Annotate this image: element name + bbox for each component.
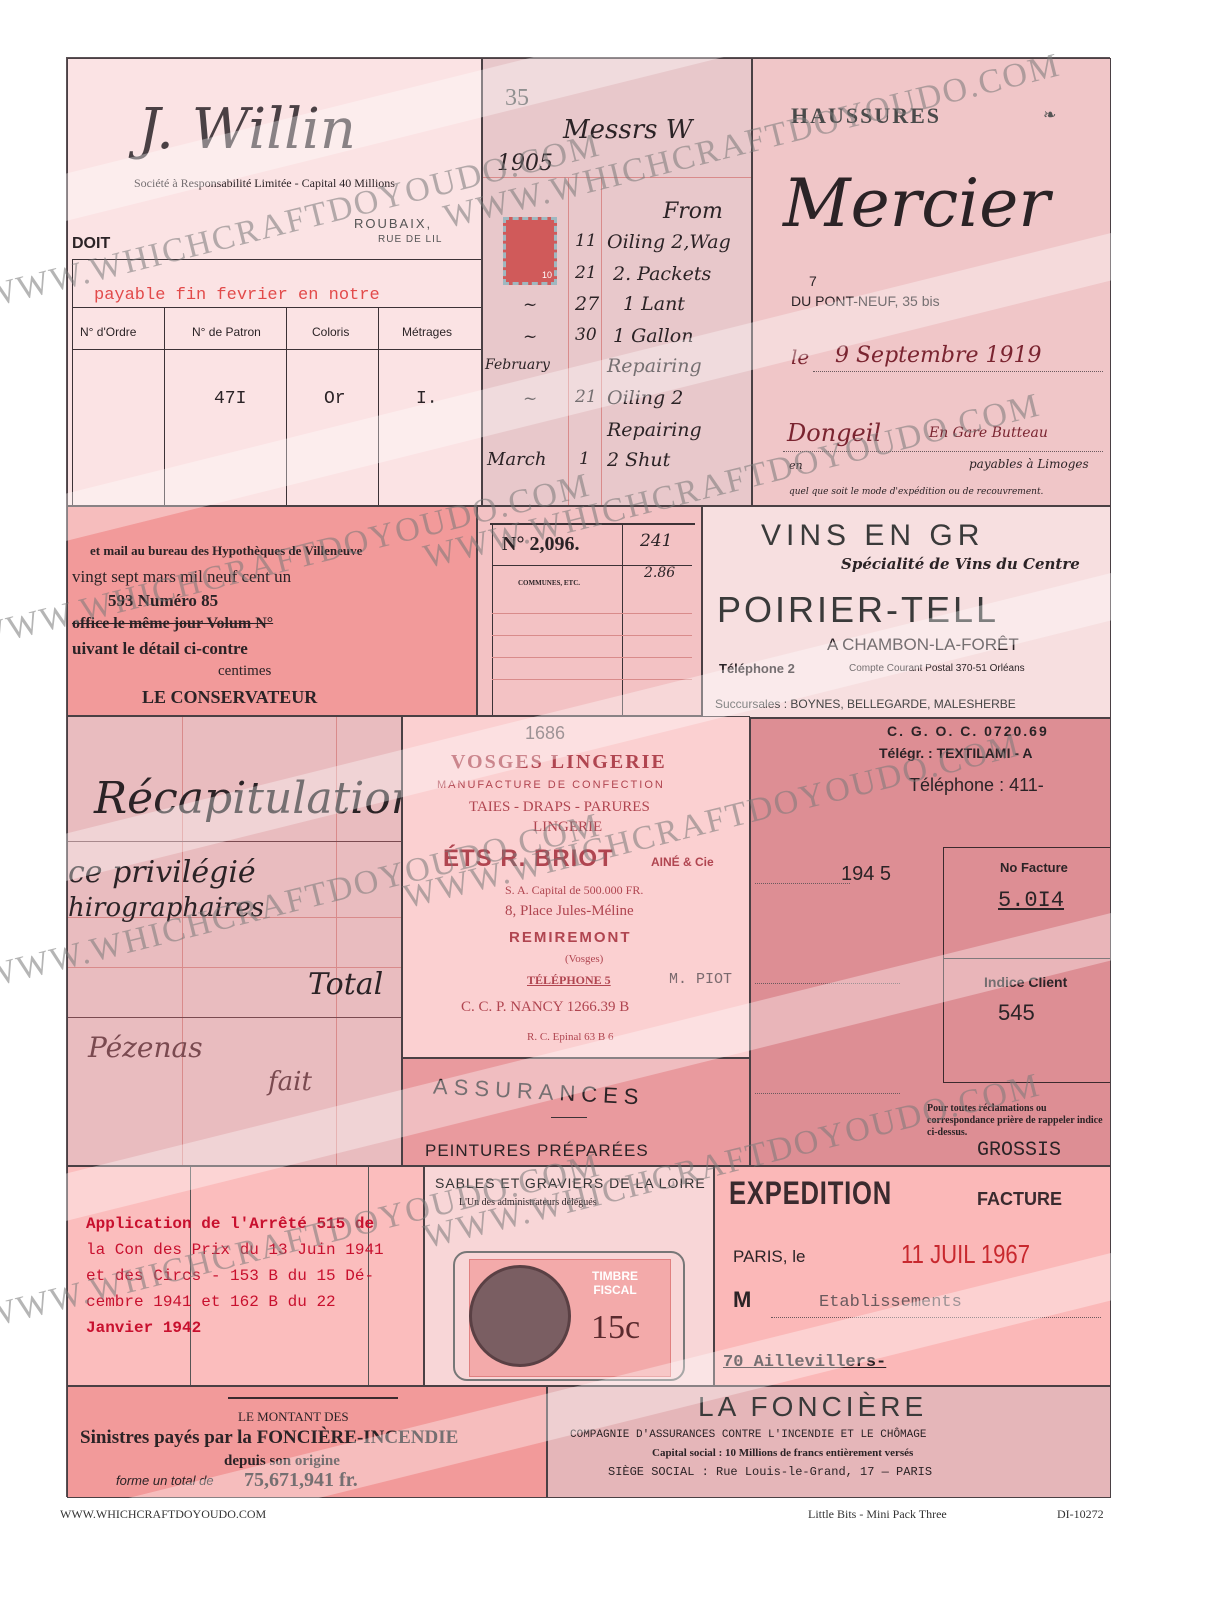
textilami-note: Pour toutes réclamations ou correspondan… — [927, 1103, 1107, 1139]
collage-sheet: J. Willin Société à Responsabilité Limit… — [66, 57, 1110, 1497]
panel-receipt-2096: N° 2,096. 241 2.86 COMMUNES, ETC. — [477, 506, 702, 716]
sinistres-line-1: LE MONTANT DES — [238, 1409, 349, 1425]
fiscal-stamp: TIMBRE FISCAL 15c — [453, 1251, 685, 1381]
mercier-footer-note: quel que soit le mode d'expédition ou de… — [789, 487, 1043, 497]
mercier-logo: Mercier — [783, 165, 1050, 242]
panel-textilami: C. G. O. C. 0720.69 Télégr. : TEXTILAMI … — [750, 718, 1111, 1166]
poirier-name: POIRIER-TELL — [717, 589, 999, 631]
expedition-address: 70 Aillevillers- — [723, 1353, 886, 1372]
vosges-number: 1686 — [525, 723, 565, 744]
vosges-ccp: C. C. P. NANCY 1266.39 B — [461, 999, 629, 1016]
sables-subtitle: L'Un des administrateurs délégués — [459, 1197, 597, 1208]
expedition-date: 11 JUIL 1967 — [901, 1239, 1030, 1270]
vosges-products-2: LINGERIE — [533, 819, 602, 836]
sinistres-line-3: depuis son origine — [224, 1453, 340, 1470]
postage-stamp: 10 — [503, 217, 557, 285]
footer-code: DI-10272 — [1057, 1507, 1104, 1522]
conservateur-line-6: centimes — [218, 663, 271, 680]
leaf-ornament-icon: ❧ — [1043, 105, 1056, 125]
vosges-capital: S. A. Capital de 500.000 FR. — [505, 883, 643, 898]
vosges-title: VOSGES LINGERIE — [451, 751, 667, 774]
recap-title: Récapitulation — [94, 773, 402, 824]
vosges-address: 8, Place Jules-Méline — [505, 903, 634, 920]
willin-street: RUE DE LIL — [378, 234, 442, 245]
sables-title: SABLES ET GRAVIERS DE LA LOIRE — [435, 1175, 706, 1191]
arrete-line-4: cembre 1941 et 162 B du 22 — [86, 1293, 336, 1311]
panel-la-fonciere: LA FONCIÈRE COMPAGNIE D'ASSURANCES CONTR… — [547, 1386, 1111, 1498]
mercier-street-number: 7 — [809, 273, 817, 289]
willin-col-metrages: Métrages — [402, 325, 452, 339]
fonciere-subtitle: COMPAGNIE D'ASSURANCES CONTRE L'INCENDIE… — [570, 1429, 926, 1441]
recap-total: Total — [308, 967, 383, 1002]
recap-line-1: ce privilégié — [68, 855, 256, 890]
panel-poirier-tell: VINS EN GR Spécialité de Vins du Centre … — [702, 506, 1111, 718]
conservateur-line-2: vingt sept mars mil neuf cent un — [72, 567, 291, 587]
panel-sinistres: LE MONTANT DES Sinistres payés par la FO… — [67, 1386, 547, 1498]
willin-tagline: Société à Responsabilité Limitée - Capit… — [134, 176, 395, 191]
vosges-company-suffix: AINÉ & Cie — [651, 855, 714, 869]
willin-cell-coloris: Or — [324, 389, 346, 409]
sinistres-amount: 75,671,941 fr. — [244, 1469, 358, 1492]
conservateur-line-4: office le même jour Volum N° — [72, 615, 273, 633]
textilami-cgoc: C. G. O. C. 0720.69 — [887, 723, 1049, 739]
conservateur-line-1: et mail au bureau des Hypothèques de Vil… — [90, 543, 362, 559]
vosges-subtitle: MANUFACTURE DE CONFECTION — [437, 779, 665, 791]
expedition-m-label: M — [733, 1287, 751, 1313]
willin-cell-patron: 47I — [214, 389, 246, 409]
ledger-year: 1905 — [497, 151, 553, 176]
expedition-facture: FACTURE — [977, 1189, 1062, 1210]
poirier-location: A CHAMBON-LA-FORÊT — [827, 635, 1019, 655]
sinistres-line-4-prefix: forme un total de — [116, 1473, 214, 1488]
vosges-company: ÉTS R. BRIOT — [443, 845, 614, 873]
mercier-recipient-note: En Gare Butteau — [929, 425, 1048, 441]
vosges-rc: R. C. Epinal 63 B 6 — [527, 1031, 613, 1043]
textilami-grossiste: GROSSIS — [977, 1139, 1061, 1162]
panel-expedition: EXPEDITION FACTURE PARIS, le 11 JUIL 196… — [714, 1166, 1111, 1386]
expedition-recipient: Etablissements — [819, 1293, 962, 1312]
assurances-subtitle: PEINTURES PRÉPARÉES — [425, 1141, 649, 1161]
mercier-date-prefix: le — [791, 345, 809, 369]
fiscal-stamp-title: TIMBRE FISCAL — [575, 1269, 655, 1297]
panel-assurances: ASSURANCES PEINTURES PRÉPARÉES — [402, 1058, 750, 1166]
panel-conservateur: et mail au bureau des Hypothèques de Vil… — [67, 506, 477, 716]
textilami-year: 194 5 — [841, 863, 891, 886]
willin-city: ROUBAIX, — [354, 216, 432, 231]
textilami-facture-box: No Facture 5.0I4 Indice Client 545 — [943, 847, 1111, 1083]
panel-recapitulation: Récapitulation ce privilégié hirographai… — [67, 716, 402, 1166]
panel-vosges-lingerie: 1686 VOSGES LINGERIE MANUFACTURE DE CONF… — [402, 716, 750, 1058]
expedition-city: PARIS, le — [733, 1247, 805, 1267]
vosges-products: TAIES - DRAPS - PARURES — [469, 799, 650, 816]
ledger-messrs: Messrs W — [563, 115, 692, 145]
willin-cell-metrages: I. — [416, 389, 438, 409]
panel-mercier: HAUSSURES ❧ Mercier 7 DU PONT-NEUF, 35 b… — [752, 58, 1111, 506]
mercier-recipient: Dongeil — [787, 419, 881, 447]
stamp-value: 10 — [542, 270, 552, 280]
receipt-col2-top: 241 — [640, 531, 672, 551]
fiscal-stamp-value: 15c — [591, 1309, 640, 1347]
textilami-telegr: Télégr. : TEXTILAMI - A — [879, 745, 1033, 761]
willin-col-coloris: Coloris — [312, 325, 349, 339]
panel-willin-invoice: J. Willin Société à Responsabilité Limit… — [67, 58, 482, 506]
vosges-typed-name: M. PIOT — [669, 971, 732, 988]
expedition-title: EXPEDITION — [729, 1175, 892, 1212]
conservateur-signature: LE CONSERVATEUR — [142, 687, 317, 708]
conservateur-line-3: 593 Numéro 85 — [108, 591, 218, 611]
arrete-line-1: Application de l'Arrêté 515 de — [86, 1215, 374, 1233]
willin-col-ordre: N° d'Ordre — [80, 325, 136, 339]
assurances-title: ASSURANCES — [432, 1073, 645, 1110]
footer-collection: Little Bits - Mini Pack Three — [808, 1507, 947, 1522]
textilami-facture-no: 5.0I4 — [998, 888, 1064, 913]
poirier-branches: Succursales : BOYNES, BELLEGARDE, MALESH… — [715, 697, 1016, 711]
poirier-phone: Téléphone 2 — [719, 661, 795, 676]
mercier-date: 9 Septembre 1919 — [835, 343, 1042, 368]
receipt-number: N° 2,096. — [502, 533, 579, 556]
arrete-line-2: la Con des Prix du 13 Juin 1941 — [86, 1241, 384, 1259]
willin-doit: DOIT — [72, 235, 110, 253]
vosges-phone: TÉLÉPHONE 5 — [527, 973, 611, 988]
panel-arrete: Application de l'Arrêté 515 de la Con de… — [67, 1166, 424, 1386]
willin-col-patron: N° de Patron — [192, 325, 261, 339]
textilami-phone: Téléphone : 411- — [909, 775, 1044, 796]
poirier-postal: Compte Courant Postal 370-51 Orléans — [849, 663, 1025, 674]
poirier-specialty: Spécialité de Vins du Centre — [841, 555, 1080, 573]
textilami-client-label: Indice Client — [984, 974, 1067, 990]
ornament-divider — [228, 1397, 398, 1399]
marianne-coin-icon — [469, 1265, 571, 1367]
receipt-col2-sub: 2.86 — [644, 565, 675, 581]
textilami-facture-label: No Facture — [1000, 860, 1068, 875]
vosges-city: REMIREMONT — [509, 929, 632, 946]
recap-line-2: hirographaires — [68, 893, 264, 923]
recap-place-2: fait — [268, 1067, 312, 1097]
sinistres-line-2: Sinistres payés par la FONCIÈRE-INCENDIE — [80, 1427, 458, 1449]
mercier-en-label: en — [789, 459, 803, 472]
willin-payable-note: payable fin fevrier en notre — [94, 286, 380, 305]
arrete-line-5: Janvier 1942 — [86, 1319, 201, 1337]
mercier-payable: payables à Limoges — [969, 457, 1089, 471]
fonciere-capital: Capital social : 10 Millions de francs e… — [652, 1447, 913, 1459]
fonciere-title: LA FONCIÈRE — [698, 1391, 927, 1423]
footer-website: WWW.WHICHCRAFTDOYOUDO.COM — [60, 1507, 266, 1522]
poirier-header: VINS EN GR — [761, 519, 984, 553]
mercier-header: HAUSSURES — [791, 103, 941, 129]
vosges-region: (Vosges) — [565, 953, 603, 965]
willin-logo: J. Willin — [138, 97, 356, 162]
ledger-number: 35 — [505, 85, 529, 112]
receipt-caption: COMMUNES, ETC. — [518, 579, 580, 587]
ledger-from: From — [663, 199, 723, 224]
panel-ledger-1905: 35 Messrs W 1905 From 10 11 Oiling 2,Wag… — [482, 58, 752, 506]
textilami-client-no: 545 — [998, 1000, 1035, 1026]
panel-sables-graviers: SABLES ET GRAVIERS DE LA LOIRE L'Un des … — [424, 1166, 714, 1386]
mercier-address: DU PONT-NEUF, 35 bis — [791, 293, 940, 309]
conservateur-line-5: uivant le détail ci-contre — [72, 639, 248, 659]
recap-place: Pézenas — [88, 1031, 203, 1064]
arrete-line-3: et des Circs - 153 B du 15 Dé- — [86, 1267, 374, 1285]
fonciere-seat: SIÈGE SOCIAL : Rue Louis-le-Grand, 17 — … — [608, 1465, 932, 1479]
